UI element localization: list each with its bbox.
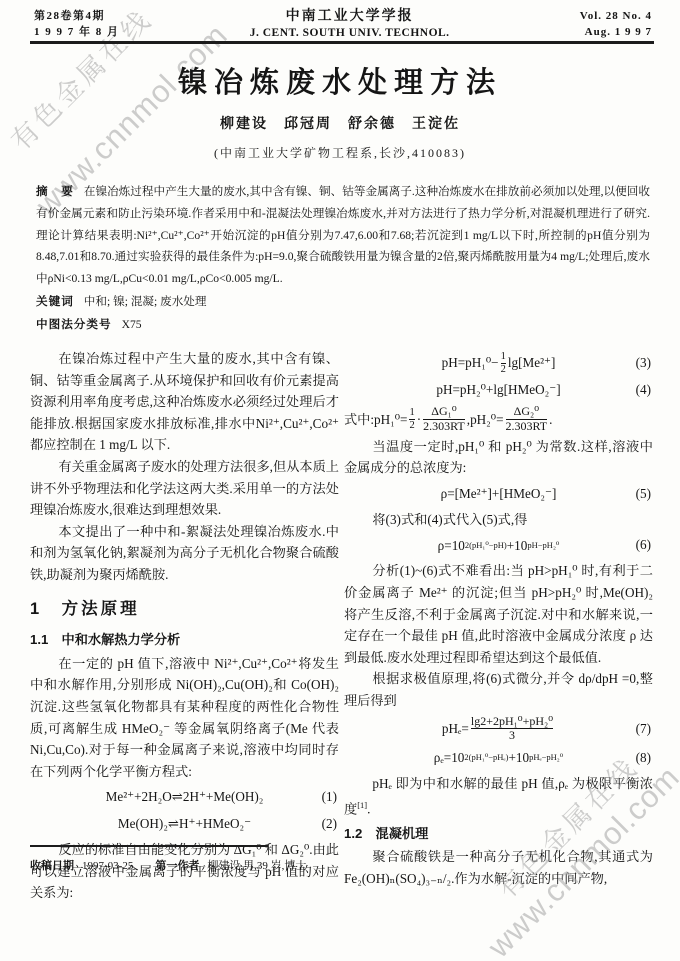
- fraction-numerator: lg2+2pH₁⁰+pH₂⁰: [471, 715, 553, 729]
- equation-4-body: pH=pH₂⁰+lg[HMeO₂⁻]: [436, 379, 560, 401]
- keywords-line: 关键词中和; 镍; 混凝; 废水处理: [36, 291, 650, 313]
- paragraph-extremum: 根据求极值原理,将(6)式微分,并令 dρ/dpH =0,整理后得到: [344, 668, 653, 711]
- paragraph-constants: 当温度一定时,pH₁⁰ 和 pH₂⁰ 为常数.这样,溶液中金属成分的总浓度为:: [344, 436, 653, 479]
- subsection-heading-1-1: 1.1 中和水解热力学分析: [30, 629, 339, 651]
- footnote-block: 收稿日期1997-03-25第一作者柳建设,男,39 岁,博士: [30, 845, 360, 873]
- multiplication-dot: ·: [417, 409, 421, 431]
- equation-8: ρₑ=102(pH₁⁰−pHₑ)+10pHₑ−pH₂⁰ (8): [344, 746, 653, 770]
- paragraph-methods-overview: 有关重金属离子废水的处理方法很多,但从本质上讲不外乎物理法和化学法这两大类.采用…: [30, 456, 339, 521]
- fraction-numerator: 1: [409, 407, 414, 419]
- journal-name-cn: 中南工业大学学报: [250, 8, 450, 25]
- optimal-ph-text: pHₑ 即为中和水解的最佳 pH 值,ρₑ 为极限平衡浓度: [344, 776, 653, 816]
- footnote-text: 收稿日期1997-03-25第一作者柳建设,男,39 岁,博士: [30, 857, 360, 873]
- volume-issue-cn: 第28卷第4期: [34, 8, 120, 24]
- left-column: 在镍冶炼过程中产生大量的废水,其中含有镍、铜、钴等重金属离子.从环境保护和回收有…: [30, 348, 339, 904]
- equation-3-pre: pH=pH₁⁰−: [442, 352, 499, 374]
- fraction-ph-optimal: lg2+2pH₁⁰+pH₂⁰ 3: [471, 715, 553, 744]
- date-cn: 1 9 9 7 年 8 月: [34, 24, 120, 40]
- equation-1-body: Me²⁺+2H₂O⇌2H⁺+Me(OH)₂: [106, 786, 264, 808]
- equation-6-exponent-2: pH−pH₂⁰: [527, 535, 559, 557]
- formula-def-pre: 式中:pH₁⁰=: [344, 409, 407, 431]
- fraction-denominator: 2.303RT: [506, 419, 548, 434]
- scanned-paper-page: 有色金属在线 www.cnnmol.com 第28卷第4期 1 9 9 7 年 …: [0, 0, 680, 961]
- subsection-heading-1-2: 1.2 混凝机理: [344, 823, 653, 845]
- journal-name: 中南工业大学学报 J. CENT. SOUTH UNIV. TECHNOL.: [250, 8, 450, 41]
- equation-2-body: Me(OH)₂⇌H⁺+HMeO₂⁻: [118, 813, 251, 835]
- equation-6-exponent-1: 2(pH₁⁰−pH): [465, 535, 507, 557]
- equation-5: ρ=[Me²⁺]+[HMeO₂⁻] (5): [344, 482, 653, 506]
- journal-header: 第28卷第4期 1 9 9 7 年 8 月 中南工业大学学报 J. CENT. …: [34, 8, 652, 41]
- paragraph-proposal: 本文提出了一种中和-絮凝法处理镍冶炼废水.中和剂为氢氧化钠,絮凝剂为高分子无机化…: [30, 521, 339, 586]
- fraction-half: 1 2: [501, 351, 506, 375]
- equation-5-number: (5): [636, 483, 651, 505]
- equation-4: pH=pH₂⁰+lg[HMeO₂⁻] (4): [344, 378, 653, 402]
- abstract-text: 在镍冶炼过程中产生大量的废水,其中含有镍、铜、钴等金属离子.这种冶炼废水在排放前…: [36, 185, 650, 285]
- paragraph-optimal-ph: pHₑ 即为中和水解的最佳 pH 值,ρₑ 为极限平衡浓度[1].: [344, 773, 653, 820]
- equation-6-pre: ρ=10: [438, 535, 465, 557]
- footnote-rule: [30, 845, 268, 847]
- first-author-label: 第一作者: [155, 860, 199, 872]
- journal-volume-issue: 第28卷第4期 1 9 9 7 年 8 月: [34, 8, 120, 40]
- paper-title: 镍冶炼废水处理方法: [0, 60, 680, 101]
- paragraph-substitute: 将(3)式和(4)式代入(5)式,得: [344, 509, 653, 531]
- fraction-denominator: 2: [409, 419, 414, 432]
- equation-1-number: (1): [322, 786, 337, 808]
- clc-number: X75: [122, 318, 142, 331]
- clc-label: 中图法分类号: [36, 318, 112, 331]
- equation-7-number: (7): [636, 718, 651, 740]
- header-rule: [30, 41, 654, 44]
- fraction-half-2: 1 2: [409, 407, 414, 431]
- optimal-ph-end: .: [367, 801, 370, 816]
- journal-name-en: J. CENT. SOUTH UNIV. TECHNOL.: [250, 25, 450, 41]
- fraction-numerator: 1: [501, 351, 506, 363]
- equation-6-number: (6): [636, 535, 651, 557]
- equation-8-exponent-1: 2(pH₁⁰−pHₑ): [464, 747, 508, 769]
- equation-7-pre: pHₑ=: [442, 718, 469, 740]
- paragraph-intro: 在镍冶炼过程中产生大量的废水,其中含有镍、铜、钴等重金属离子.从环境保护和回收有…: [30, 348, 339, 456]
- clc-line: 中图法分类号X75: [36, 314, 650, 336]
- paper-affiliation: (中南工业大学矿物工程系,长沙,410083): [0, 144, 680, 161]
- keywords-text: 中和; 镍; 混凝; 废水处理: [84, 295, 207, 308]
- citation-ref: [1]: [357, 800, 367, 810]
- received-date: 1997-03-25: [82, 860, 133, 872]
- first-author: 柳建设,男,39 岁,博士: [207, 860, 306, 872]
- fraction-dg1: ΔG₁⁰ 2.303RT: [423, 405, 465, 434]
- equation-3-post: lg[Me²⁺]: [508, 352, 556, 374]
- fraction-denominator: 2.303RT: [423, 419, 465, 434]
- fraction-denominator: 2: [501, 363, 506, 376]
- equation-3-number: (3): [636, 352, 651, 374]
- equation-8-pre: ρₑ=10: [434, 747, 465, 769]
- paragraph-coagulation: 聚合硫酸铁是一种高分子无机化合物,其通式为 Fe₂(OH)ₙ(SO₄)₃₋ₙ/₂…: [344, 846, 653, 889]
- formula-def-mid: ,pH₂⁰=: [467, 409, 504, 431]
- abstract-label: 摘 要: [36, 185, 74, 198]
- formula-definitions: 式中:pH₁⁰= 1 2 · ΔG₁⁰ 2.303RT ,pH₂⁰= ΔG₂⁰ …: [344, 405, 653, 434]
- fraction-numerator: ΔG₂⁰: [506, 405, 548, 419]
- fraction-denominator: 3: [471, 728, 553, 743]
- fraction-dg2: ΔG₂⁰ 2.303RT: [506, 405, 548, 434]
- journal-vol-date-en: Vol. 28 No. 4 Aug. 1 9 9 7: [580, 8, 652, 40]
- paragraph-analysis: 分析(1)~(6)式不难看出:当 pH>pH₁⁰ 时,有利于二价金属离子 Me²…: [344, 560, 653, 668]
- equation-2-number: (2): [322, 813, 337, 835]
- equation-6: ρ=102(pH₁⁰−pH)+10pH−pH₂⁰ (6): [344, 533, 653, 557]
- equation-7: pHₑ= lg2+2pH₁⁰+pH₂⁰ 3 (7): [344, 715, 653, 744]
- received-date-label: 收稿日期: [30, 860, 74, 872]
- paper-authors: 柳建设 邱冠周 舒余德 王淀佐: [0, 113, 680, 133]
- vol-en: Vol. 28 No. 4: [580, 8, 652, 24]
- abstract-paragraph: 摘 要在镍冶炼过程中产生大量的废水,其中含有镍、铜、钴等金属离子.这种冶炼废水在…: [36, 181, 650, 290]
- fraction-numerator: ΔG₁⁰: [423, 405, 465, 419]
- right-column: pH=pH₁⁰− 1 2 lg[Me²⁺] (3) pH=pH₂⁰+lg[HMe…: [344, 348, 653, 890]
- section-heading-1: 1 方法原理: [30, 599, 339, 621]
- paragraph-hydrolysis: 在一定的 pH 值下,溶液中 Ni²⁺,Cu²⁺,Co²⁺将发生中和水解作用,分…: [30, 653, 339, 783]
- equation-1: Me²⁺+2H₂O⇌2H⁺+Me(OH)₂ (1): [30, 785, 339, 809]
- equation-8-number: (8): [636, 747, 651, 769]
- abstract-block: 摘 要在镍冶炼过程中产生大量的废水,其中含有镍、铜、钴等金属离子.这种冶炼废水在…: [36, 181, 650, 336]
- date-en: Aug. 1 9 9 7: [580, 24, 652, 40]
- keywords-label: 关键词: [36, 295, 74, 308]
- equation-4-number: (4): [636, 379, 651, 401]
- equation-2: Me(OH)₂⇌H⁺+HMeO₂⁻ (2): [30, 812, 339, 836]
- equation-8-mid: +10: [508, 747, 529, 769]
- equation-5-body: ρ=[Me²⁺]+[HMeO₂⁻]: [441, 483, 557, 505]
- formula-def-end: .: [549, 409, 552, 431]
- equation-6-mid: +10: [507, 535, 528, 557]
- equation-3: pH=pH₁⁰− 1 2 lg[Me²⁺] (3): [344, 351, 653, 375]
- equation-8-exponent-2: pHₑ−pH₂⁰: [529, 747, 563, 769]
